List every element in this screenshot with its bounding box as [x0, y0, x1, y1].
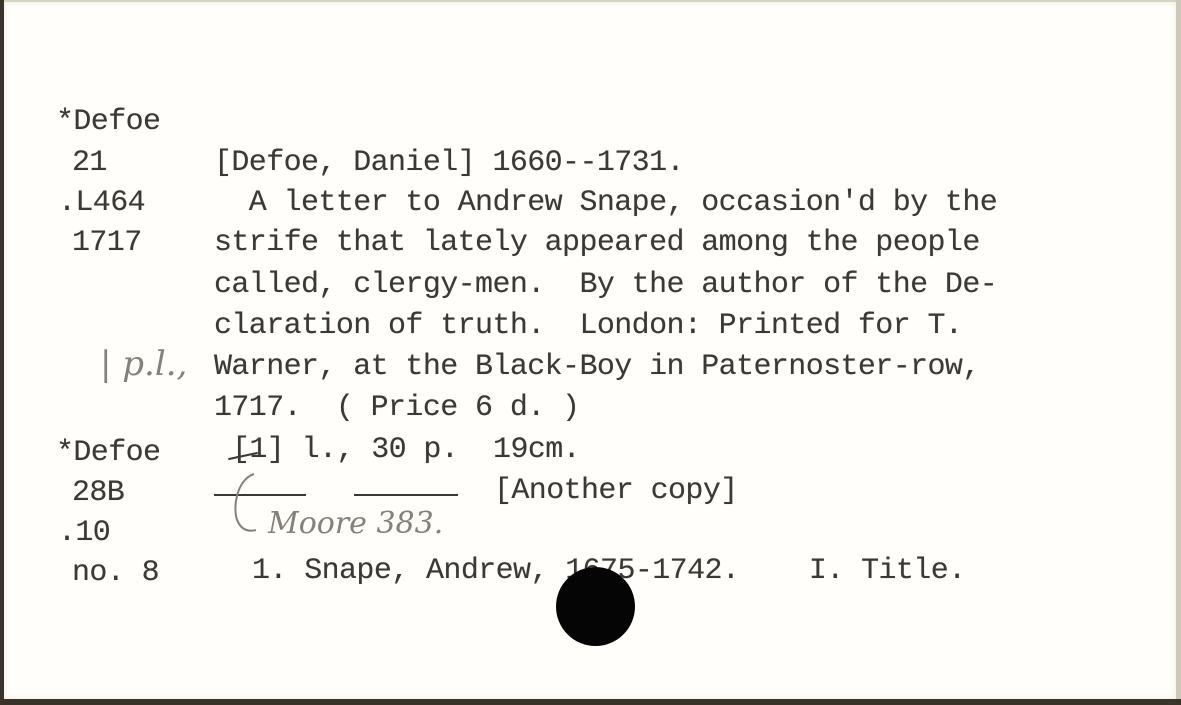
- imprint-line: 1717. ( Price 6 d. ): [214, 387, 579, 429]
- call-number-line: .L464: [58, 182, 145, 224]
- title-line: A letter to Andrew Snape, occasion'd by …: [214, 182, 997, 224]
- punch-hole: [556, 567, 635, 646]
- call-number-line: *Defoe: [56, 101, 160, 143]
- call-number-line: .10: [58, 512, 110, 554]
- card-edge-bottom: [0, 699, 1181, 705]
- handwritten-margin-note: | p.l.,: [100, 344, 187, 384]
- imprint-line: Warner, at the Black-Boy in Paternoster-…: [214, 346, 980, 388]
- dash-line-2: [354, 494, 458, 496]
- card-edge-right: [1176, 0, 1181, 705]
- collation: [1] l., 30 p. 19cm.: [232, 429, 580, 471]
- call-number-line: 21: [72, 142, 107, 184]
- another-copy-note: [Another copy]: [494, 470, 738, 512]
- title-line: called, clergy-men. By the author of the…: [214, 264, 997, 306]
- call-number-line: *Defoe: [56, 432, 160, 474]
- author-heading: [Defoe, Daniel] 1660--1731.: [214, 142, 684, 184]
- title-line: strife that lately appeared among the pe…: [214, 222, 980, 264]
- handwritten-reference: Moore 383.: [268, 506, 443, 541]
- title-line: claration of truth. London: Printed for …: [214, 305, 962, 347]
- call-number-line: 28B: [72, 472, 124, 514]
- call-number-line: 1717: [72, 222, 142, 264]
- pencil-bracket: [226, 470, 266, 540]
- call-number-line: no. 8: [72, 552, 159, 594]
